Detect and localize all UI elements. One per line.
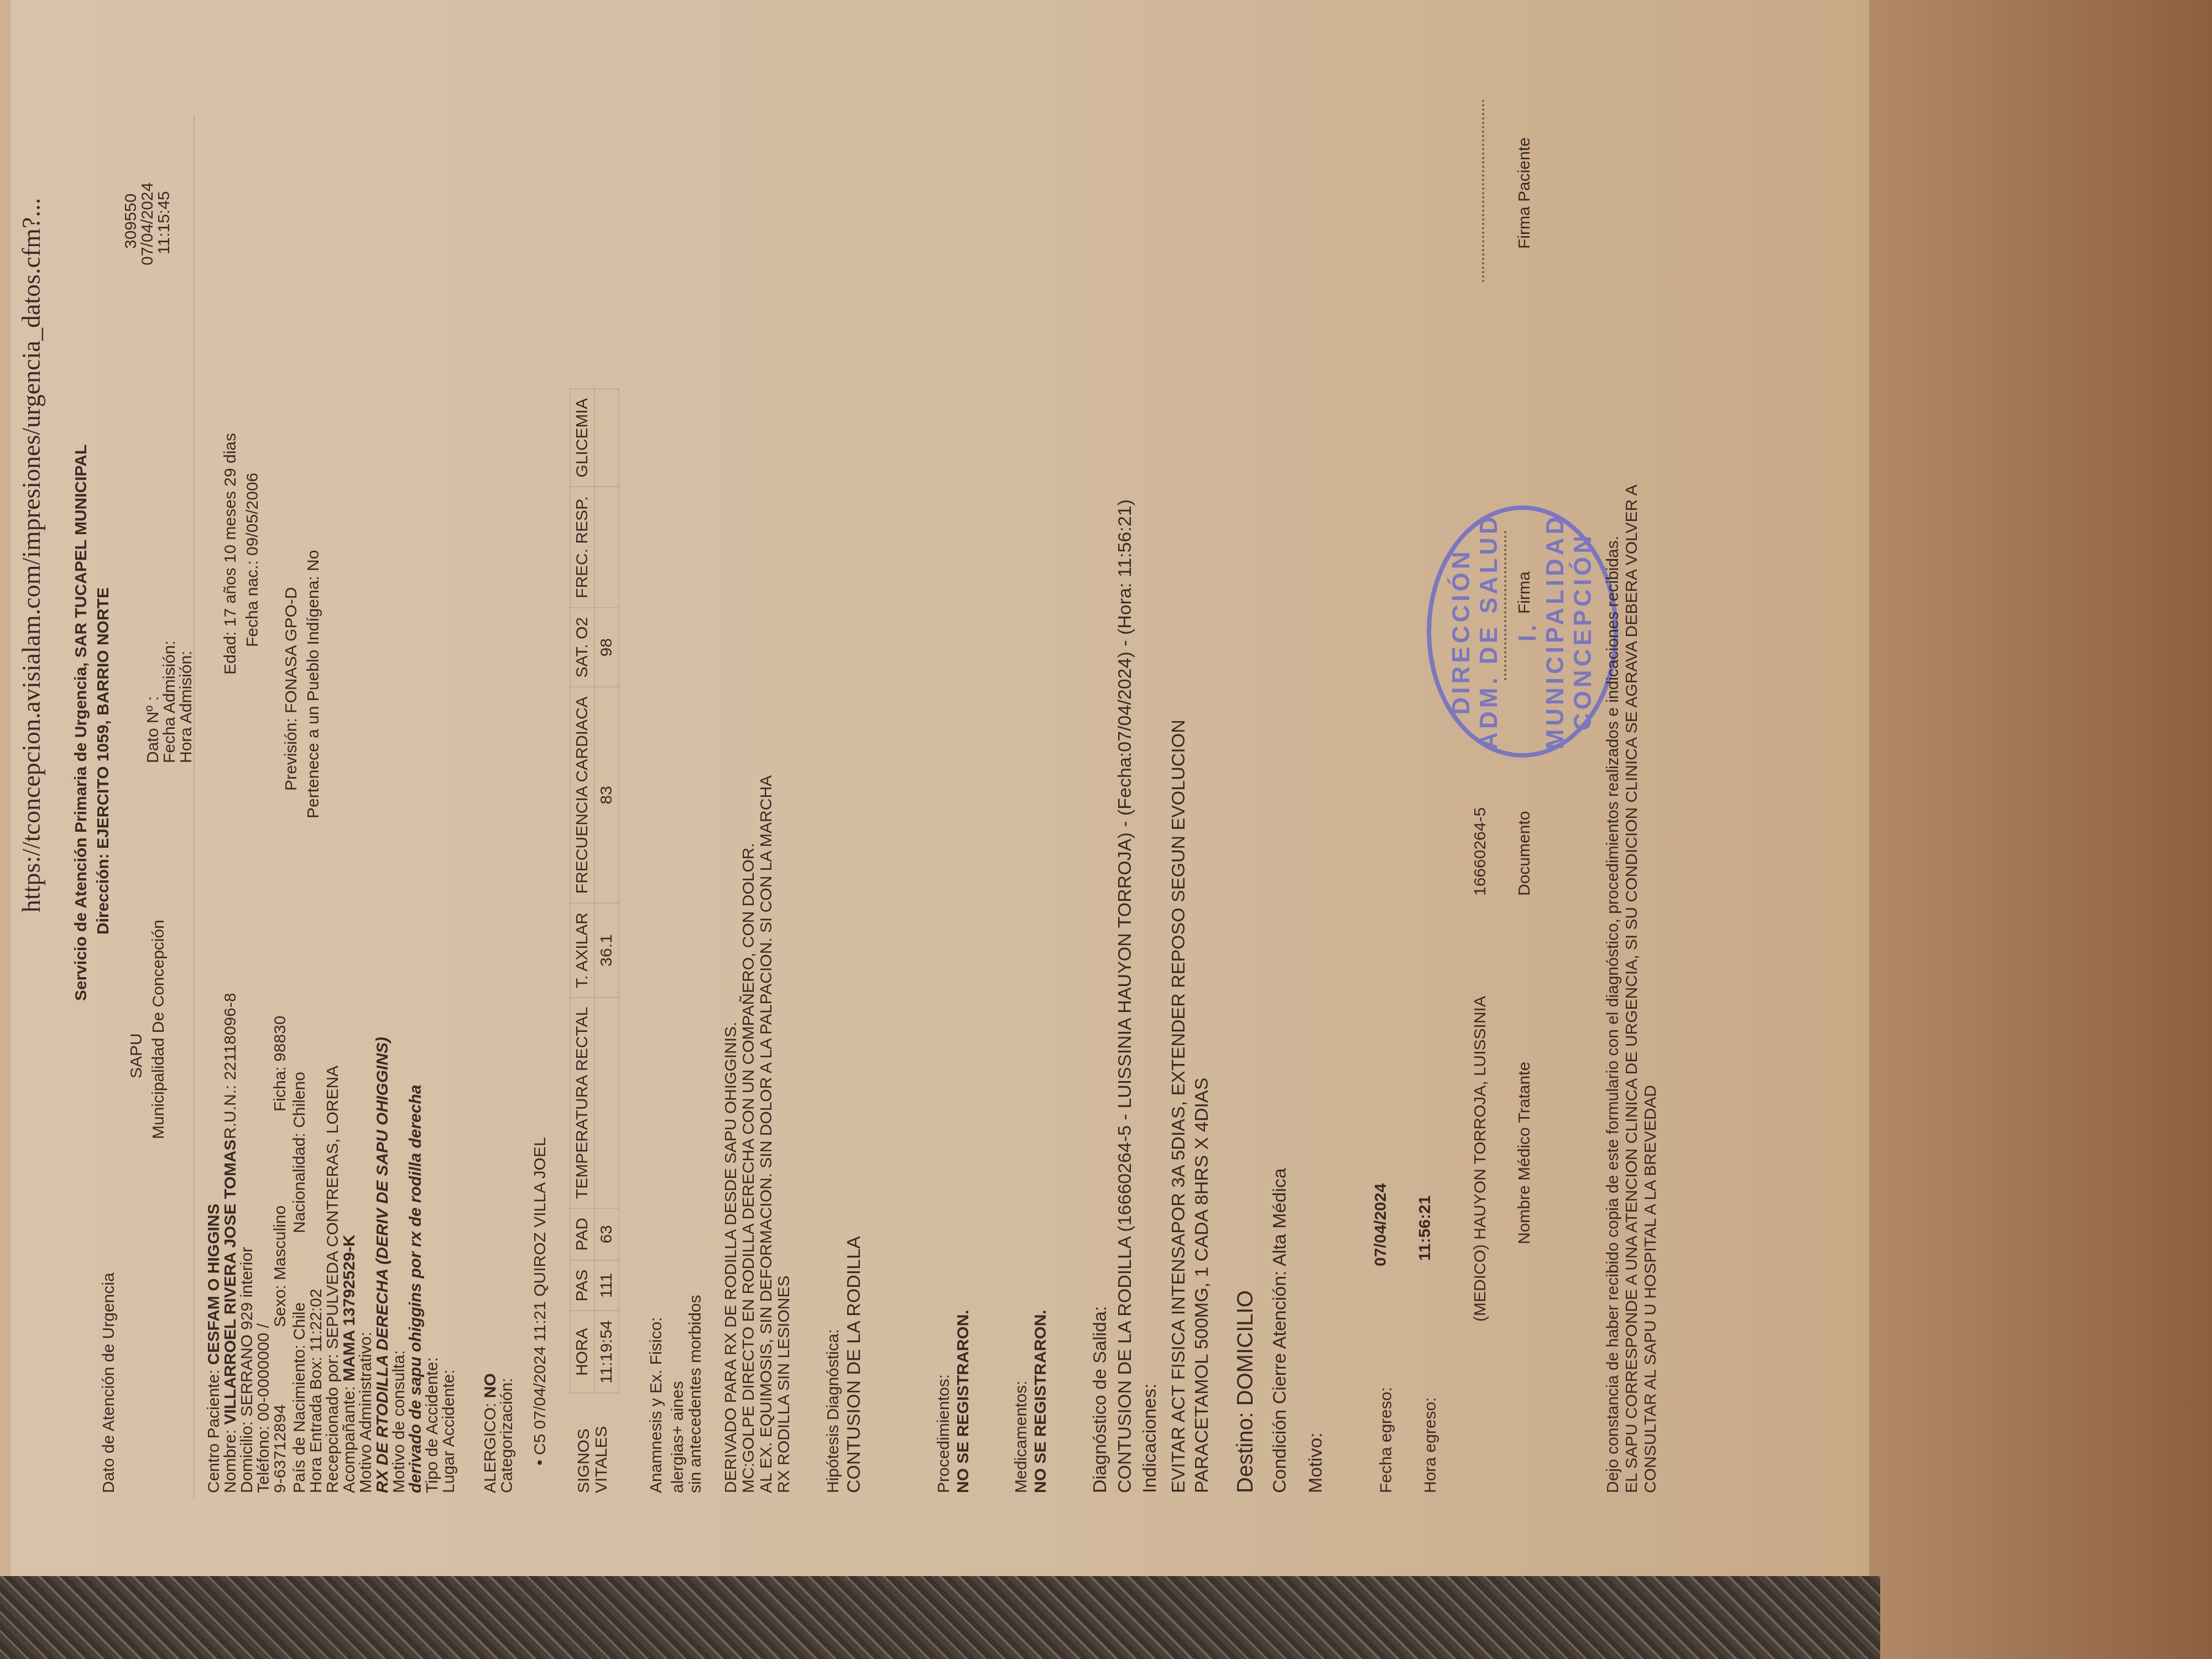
stamp-bottom-text: I. MUNICIPALIDAD CONCEPCIÓN bbox=[1514, 510, 1597, 753]
centro-paciente-row: Centro Paciente: CESFAM O HIGGINS bbox=[205, 1203, 223, 1493]
vitals-value-cell: 63 bbox=[594, 1208, 619, 1260]
nombre-row: Nombre: VILLARROEL RIVERA JOSE TOMAS bbox=[221, 1139, 240, 1493]
vitals-value-cell bbox=[594, 389, 619, 487]
vitals-value-cell: 83 bbox=[594, 687, 619, 903]
pais-row: País de Nacimiento: Chile bbox=[290, 1302, 309, 1493]
motivo-consulta-label: Motivo de consulta: bbox=[390, 1350, 409, 1493]
text-line: CONSULTAR AL SAPU U HOSPITAL A LA BREVED… bbox=[1641, 484, 1660, 1493]
recepcionado-row: Recepcionado por: SEPULVEDA CONTRERAS, L… bbox=[324, 1066, 342, 1493]
municipal-stamp: DIRECCIÓN ADM. DE SALUD I. MUNICIPALIDAD… bbox=[1427, 505, 1618, 758]
urgency-care-form: https://tconcepcion.avisialam.com/impres… bbox=[11, 0, 1869, 1576]
text-line bbox=[705, 775, 722, 1493]
fecha-admision-label: Fecha Admisión: bbox=[160, 640, 179, 763]
tipo-accidente-label: Tipo de Accidente: bbox=[423, 1357, 442, 1493]
dato-label: Dato Nº : bbox=[144, 696, 163, 763]
sexo-row: Sexo: Masculino bbox=[271, 1206, 290, 1327]
vitals-header-cell: GLICEMIA bbox=[570, 389, 594, 487]
run-row: R.U.N.: 22118096-8 bbox=[221, 993, 240, 1139]
hora-admision-value: 11:15:45 bbox=[155, 191, 174, 254]
vitals-title: SIGNOSVITALES bbox=[575, 1426, 611, 1493]
telefono-row: Teléfono: 00-0000000 / bbox=[254, 1323, 273, 1493]
medico-name: (MEDICO) HAUYON TORROJA, LUISSINIA bbox=[1471, 996, 1490, 1322]
text-line: EL SAPU CORRESPONDE A UNA ATENCION CLINI… bbox=[1623, 484, 1641, 1493]
pueblo-indigena-row: Pertenece a un Pueblo Indígena: No bbox=[304, 550, 323, 818]
destino-row: Destino: DOMICILIO bbox=[1233, 1290, 1258, 1493]
lugar-accidente-label: Lugar Accidente: bbox=[440, 1370, 458, 1494]
anamnesis-label: Anamnesis y Ex. Fisico: bbox=[647, 1317, 666, 1493]
vitals-header-cell: PAD bbox=[570, 1208, 594, 1260]
page-url: https://tconcepcion.avisialam.com/impres… bbox=[17, 198, 46, 912]
text-line: EVITAR ACT FISICA INTENSAPOR 3A 5DIAS, E… bbox=[1167, 719, 1190, 1493]
text-line: Dejo constancia de haber recibido copia … bbox=[1604, 484, 1623, 1493]
firma-paciente-caption: Firma Paciente bbox=[1515, 137, 1534, 249]
vitals-value-cell: 111 bbox=[594, 1260, 619, 1311]
fecha-nac-row: Fecha nac.: 09/05/2006 bbox=[243, 473, 262, 647]
vitals-header-cell: PAS bbox=[570, 1260, 594, 1311]
vitals-value-cell: 11:19:54 bbox=[594, 1311, 619, 1393]
acompanante-row: Acompañante: MAMA 13792529-K bbox=[340, 1235, 359, 1493]
service-line: Servicio de Atención Primaria de Urgenci… bbox=[72, 445, 91, 1001]
text-line: DERIVADO PARA RX DE RODILLA DESDE SAPU O… bbox=[722, 775, 740, 1493]
vitals-value-cell: 36.1 bbox=[594, 903, 619, 998]
documento-caption: Documento bbox=[1515, 811, 1534, 896]
categorizacion-label: Categorización: bbox=[498, 1378, 517, 1493]
vital-signs-table: HORAPASPADTEMPERATURA RECTALT. AXILARFRE… bbox=[570, 388, 619, 1394]
vitals-header-cell: FREC. RESP. bbox=[570, 487, 594, 608]
motivo-administrativo-value: RX DE RTODILLA DERECHA (DERIV DE SAPU OH… bbox=[373, 1037, 392, 1493]
nacionalidad-row: Nacionalidad: Chileno bbox=[290, 1072, 309, 1233]
telefono-row-2: 9-63712894 bbox=[271, 1405, 290, 1493]
divider bbox=[194, 116, 195, 1499]
vitals-header-cell: FRECUENCIA CARDIACA bbox=[570, 687, 594, 903]
procedimientos-value: NO SE REGISTRARON. bbox=[954, 1310, 973, 1493]
medicamentos-value: NO SE REGISTRARON. bbox=[1031, 1310, 1050, 1493]
patient-signature-line[interactable] bbox=[1482, 100, 1484, 282]
stamp-top-text: DIRECCIÓN ADM. DE SALUD bbox=[1448, 510, 1503, 753]
hora-egreso-label: Hora egreso: bbox=[1421, 1397, 1440, 1493]
text-line: alergias+ aines bbox=[669, 775, 687, 1493]
fecha-egreso-value: 07/04/2024 bbox=[1371, 1183, 1390, 1266]
vitals-header-cell: HORA bbox=[570, 1311, 594, 1393]
alergico-row: ALERGICO: NO bbox=[481, 1373, 500, 1493]
diagnostico-salida-label: Diagnóstico de Salida: bbox=[1089, 1306, 1111, 1493]
fecha-admision-value: 07/04/2024 bbox=[138, 182, 157, 265]
motivo-consulta-value: derivado de sapu ohiggins por rx de rodi… bbox=[406, 1084, 425, 1493]
vitals-header-cell: T. AXILAR bbox=[570, 903, 594, 998]
medicamentos-label: Medicamentos: bbox=[1012, 1381, 1031, 1493]
vitals-header-cell: SAT. O2 bbox=[570, 608, 594, 687]
indicaciones-text: EVITAR ACT FISICA INTENSAPOR 3A 5DIAS, E… bbox=[1167, 719, 1213, 1493]
address-line: Dirección: EJERCITO 1059, BARRIO NORTE bbox=[94, 587, 113, 935]
ficha-row: Ficha: 98830 bbox=[271, 1016, 290, 1112]
fecha-egreso-label: Fecha egreso: bbox=[1377, 1387, 1396, 1493]
categorizacion-value: • C5 07/04/2024 11:21 QUIROZ VILLA JOEL bbox=[531, 1137, 550, 1465]
motivo-label: Motivo: bbox=[1305, 1432, 1327, 1493]
unit-label: SAPU bbox=[127, 1033, 146, 1078]
section-title: Dato de Atención de Urgencia bbox=[100, 1272, 118, 1493]
diagnostico-salida-value: CONTUSION DE LA RODILLA (16660264-5 - LU… bbox=[1114, 499, 1136, 1493]
vitals-value-cell bbox=[594, 998, 619, 1208]
disclaimer-text: Dejo constancia de haber recibido copia … bbox=[1604, 484, 1660, 1493]
medico-caption: Nombre Médico Tratante bbox=[1515, 1062, 1534, 1244]
vitals-value-cell bbox=[594, 487, 619, 608]
text-line: sin antecedentes morbidos bbox=[687, 775, 705, 1493]
anamnesis-text: alergias+ ainessin antecedentes morbidos… bbox=[669, 775, 793, 1493]
edad-row: Edad: 17 años 10 meses 29 dias bbox=[221, 433, 240, 675]
hora-egreso-value: 11:56:21 bbox=[1416, 1196, 1434, 1261]
municipality-label: Municipalidad De Concepción bbox=[149, 920, 168, 1139]
text-line: AL EX. EQUIMOSIS, SIN DEFORMACION. SIN D… bbox=[758, 775, 775, 1493]
photo-frame: https://tconcepcion.avisialam.com/impres… bbox=[0, 0, 2212, 1659]
documento-value: 16660264-5 bbox=[1471, 807, 1490, 896]
hipotesis-value: CONTUSION DE LA RODILLA bbox=[843, 1236, 865, 1493]
dato-value: 309550 bbox=[122, 194, 140, 249]
text-line: RX RODILLA SIN LESIONES bbox=[775, 775, 793, 1493]
hora-admision-label: Hora Admisión: bbox=[177, 651, 196, 763]
hora-box-row: Hora Entrada Box: 11:22:02 bbox=[307, 1288, 326, 1493]
domicilio-row: Domicilio: SERRANO 929 interior bbox=[238, 1247, 257, 1493]
motivo-administrativo-label: Motivo Administrativo: bbox=[357, 1332, 375, 1493]
text-line: PARACETAMOL 500MG, 1 CADA 8HRS X 4DIAS bbox=[1190, 719, 1213, 1493]
condicion-row: Condición Cierre Atención: Alta Médica bbox=[1269, 1168, 1291, 1493]
vitals-value-cell: 98 bbox=[594, 608, 619, 687]
indicaciones-label: Indicaciones: bbox=[1139, 1384, 1161, 1493]
hipotesis-label: Hipótesis Diagnóstica: bbox=[824, 1329, 843, 1493]
text-line: MC:GOLPE DIRECTO EN RODILLA DERECHA CON … bbox=[740, 775, 758, 1493]
vitals-header-cell: TEMPERATURA RECTAL bbox=[570, 998, 594, 1208]
procedimientos-label: Procedimientos: bbox=[935, 1374, 953, 1493]
prevision-row: Previsión: FONASA GPO-D bbox=[282, 587, 301, 791]
